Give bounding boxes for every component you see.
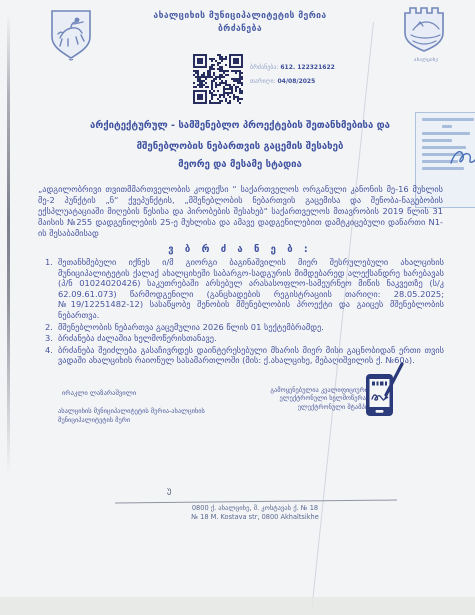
order-item-2: 2. მშენებლობის ნებართვა გაცემულია 2026 წ… bbox=[45, 322, 444, 333]
akhaltsikhe-city-emblem-icon: ახალციხე bbox=[398, 4, 454, 66]
title-line-1: არქიტექტურულ - სამშენებლო პროექტების შეთ… bbox=[38, 120, 442, 131]
org-header: ახალციხის მუნიციპალიტეტის მერია ბრძანება bbox=[95, 10, 385, 36]
document-page: ახალციხის მუნიციპალიტეტის მერია ბრძანება… bbox=[0, 0, 475, 615]
order-heading: ვ ბ რ ძ ა ნ ე ბ : bbox=[38, 244, 442, 255]
footer-address-english: № 18 M. Kostava str, 0800 Akhaltsikhe bbox=[60, 513, 450, 522]
order-items-list: 1. შეთანხმებული იქნეს ი/მ გიორგი ბაგინაშ… bbox=[45, 257, 444, 367]
order-date-row: თარიღი: 04/08/2025 bbox=[250, 75, 335, 89]
qr-code bbox=[193, 54, 243, 104]
signer-position: ახალციხის მუნიციპალიტეტის მერია-ახალციხი… bbox=[58, 407, 253, 424]
footer-address-georgian: 0800 ქ. ახალციხე, მ. კოსტავას ქ. № 18 bbox=[60, 504, 450, 513]
org-name: ახალციხის მუნიციპალიტეტის მერია bbox=[95, 10, 385, 23]
stamp-signature-scribble bbox=[448, 147, 475, 171]
document-meta: ბრძანება: 612. 122321622 თარიღი: 04/08/2… bbox=[250, 61, 335, 89]
order-number-label: ბრძანება: bbox=[250, 64, 278, 71]
signer-name: ირაკლი ლაზარაშვილი bbox=[62, 389, 136, 397]
order-item-1: 1. შეთანხმებული იქნეს ი/მ გიორგი ბაგინაშ… bbox=[45, 257, 444, 321]
scan-edge-shadow bbox=[7, 14, 10, 474]
title-line-2: მშენებლობის ნებართვის გაცემის შესახებ bbox=[38, 141, 442, 152]
order-item-3: 3. ბრძანება ძალაშია ხელმოწერისთანავე. bbox=[45, 333, 444, 344]
order-number-row: ბრძანება: 612. 122321622 bbox=[250, 61, 335, 75]
footer-page-marker: უ bbox=[167, 486, 171, 495]
footer-divider-line bbox=[115, 500, 397, 504]
preamble-paragraph: „ადგილობრივი თვითმმართველობის კოდექსი “ … bbox=[38, 184, 443, 239]
scan-bottom-edge bbox=[0, 597, 475, 615]
order-date-value: 04/08/2025 bbox=[278, 78, 316, 85]
document-title: არქიტექტურულ - სამშენებლო პროექტების შეთ… bbox=[38, 120, 442, 170]
georgia-horseman-emblem-icon bbox=[44, 8, 98, 64]
order-number-value: 612. 122321622 bbox=[280, 64, 334, 71]
footer-address: 0800 ქ. ახალციხე, მ. კოსტავას ქ. № 18 № … bbox=[60, 504, 450, 522]
title-line-3: მეორე და მესამე სტადია bbox=[38, 159, 442, 170]
esignature-note: გამოყენებულია კვალიფიციური ელექტრონული ხ… bbox=[233, 386, 368, 411]
esignature-device-icon bbox=[364, 362, 406, 420]
emblem-caption: ახალციხე bbox=[398, 58, 454, 63]
doc-type-title: ბრძანება bbox=[95, 23, 385, 36]
order-date-label: თარიღი: bbox=[250, 78, 276, 85]
